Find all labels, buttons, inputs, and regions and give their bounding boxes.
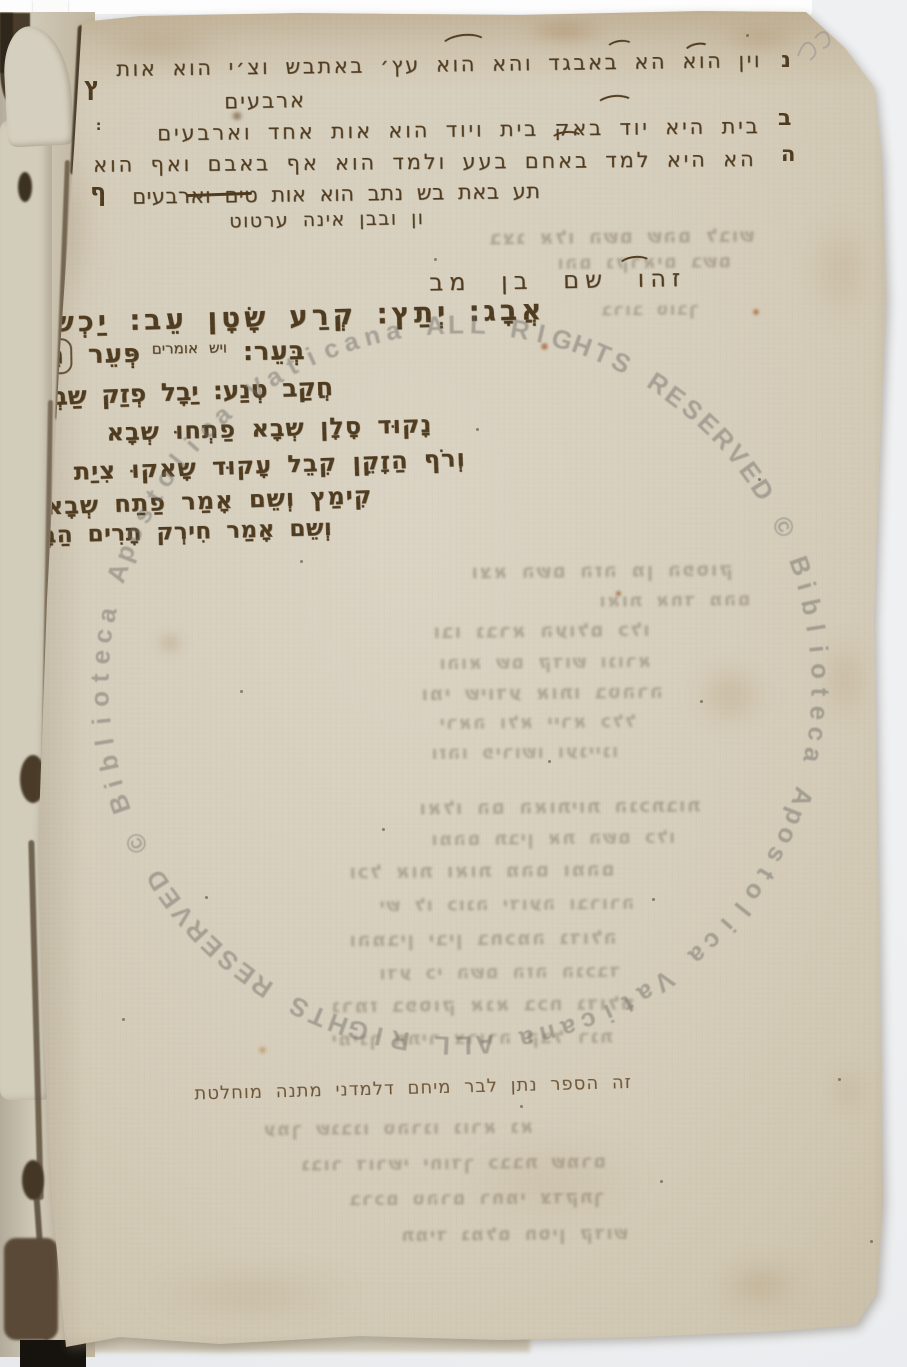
paper-stain [60,20,260,70]
bleedthrough-text-line: ודע כי השם הזה הנכבד [378,961,620,985]
flourish-swash [617,254,653,275]
circled-word: תָקָב [2,338,72,375]
flourish-swash [605,38,635,57]
bleedthrough-text-line: עמך שגבנו טהרנו נורא נא [262,1117,534,1141]
bleedthrough-text-line: והמבין יבין בחכמה גדולה [348,927,617,952]
handwritten-text-line: תע באת בש נתב הוא אות טים וארבעים [132,179,541,209]
bleedthrough-text-line: והוא שם קדוש ונורא [438,651,651,674]
paper-stain [700,1255,820,1315]
page-shadow-wrap: בצג אלו השם שהם לבושוהם נקראים בשםברוב ט… [0,0,907,1367]
paper-speck [382,828,385,831]
watermark-character: L [448,309,464,340]
paper-stain [150,628,190,658]
handwritten-text-line: הא היא למד באחם בעע ולמד הוא אף באבם ואף… [93,147,757,177]
paper-stain [100,1260,400,1330]
watermark-character: o [804,662,836,679]
watermark-character: t [84,673,115,682]
line-filler-dash [186,192,252,197]
text-segment: וְשֵם אָמַר חִירְק תָרִים הַבָּץ׃ [17,515,332,549]
watermark-character: L [469,310,486,342]
watermark-character: L [456,1029,472,1060]
text-segment: ויש אומרים [140,339,226,358]
flourish-swash [595,93,635,115]
bleedthrough-text-line: ואות אחד מהם [598,589,750,612]
paper-stain [613,588,624,599]
watermark-character: o [84,691,116,708]
paper-speck [205,896,208,899]
flourish-swash [439,32,489,61]
text-segment: פְּעֵר [71,339,141,370]
paper-stain [40,100,100,360]
paper-speck [838,1078,841,1081]
bleedthrough-text-line: יראה ולא יירא כלל [438,711,636,734]
text-segment: נָקוּד סָלָן שְבָא פַתְחוּ שְבָא [106,410,433,447]
bleedthrough-text-line: וצא השם הזה מן הפסוק [470,559,733,584]
watermark-character: A [424,310,445,342]
paper-speck [300,560,303,563]
text-segment: וְרֹף הַזָקֵן קִבֵל עָקוּד שָאקוּ צִיַת [73,444,466,486]
text-segment: קִימַץ וְשֵם אָמַר פַתַח שְבָא [45,481,373,520]
colophon-line: זה הספר נתן לבר מיחם דלמדני מתנה מוחלטת [195,1072,633,1104]
bleedthrough-text-line: בצג אלו השם שהם לבוש [488,225,754,250]
margin-letter: ף [90,178,106,206]
bleedthrough-text-line: ואלו הם האותיות הנכתבות [418,795,700,820]
paper-speck [548,760,551,763]
margin-letter: נ [781,48,791,73]
paper-stain [750,306,762,318]
handwritten-text-line: בית היא יוד באק בית ויוד הוא אות אחד ואר… [157,114,761,145]
margin-letter: ב [778,106,791,131]
paper-stain [256,1044,269,1056]
bleedthrough-text-line: ומהם תבין את השם כלו [430,827,675,851]
handwritten-text-line: וין הוא הא באבגד והא הוא עץ׳ באתבש וצ׳י … [116,48,762,81]
paper-stain [806,200,876,340]
paper-speck [434,258,437,261]
manuscript-scan: בצג אלו השם שהם לבושוהם נקראים בשםברוב ט… [0,0,907,1367]
pencil-scribble [793,22,835,68]
watermark-character: e [85,648,117,665]
divine-name-text-line: וְשֵם אָמַר חִירְק תָרִים הַבָּץ׃ [17,515,332,549]
paper-speck [240,690,243,693]
paper-stain [680,650,780,740]
paper-speck [652,898,655,901]
watermark-character: t [804,687,835,696]
bleedthrough-text-line: ברוב טובך [600,299,699,320]
flourish-swash [549,130,584,150]
paper-stain [828,1060,868,1120]
paper-speck [870,1240,873,1243]
heading-line: זהו שם בן מב [429,264,686,296]
bleedthrough-text-line: גבור דורשי יחודך כבבת שמרם [300,1151,606,1175]
margin-letter: ה [781,142,795,166]
paper-speck [122,1018,125,1021]
bleedthrough-text-line: והם נקראים בשם [556,251,731,274]
bleedthrough-text-line: יש לו כונה ידועה וברורה [378,893,634,917]
bleedthrough-text-line: ומי שיודע אותו בטהרה [420,681,663,706]
divine-name-text-line: נָקוּד סָלָן שְבָא פַתְחוּ שְבָא [106,410,433,447]
text-segment: עֲצַב׃ [0,341,2,372]
divine-name-text-line: קִימַץ וְשֵם אָמַר פַתַח שְבָא [45,481,373,520]
watermark-character: e [803,705,835,722]
paper-stain [700,18,820,58]
paper-speck [660,1180,663,1183]
paper-stain [228,108,246,124]
flourish-swash [683,40,711,59]
paper-stain [420,1120,680,1240]
bleedthrough-text-line: וכל אות ואות מהם ומהם [348,859,615,884]
bleedthrough-text-line: ובו נברא העולם כלו [432,619,650,643]
bleedthrough-text-line: ברכם טהרם רחמי צדקתך [348,1187,604,1211]
paper-stain [820,620,870,740]
bleedthrough-text-line: וזהו פירושו ועניינו [430,741,618,764]
margin-letter: ׃ [96,118,101,134]
watermark-character: A [475,1028,496,1060]
paper-speck [520,1105,523,1108]
manuscript-page: בצג אלו השם שהם לבושוהם נקראים בשםברוב ט… [0,0,907,1367]
margin-letter: ץ [84,72,100,100]
paper-speck [746,34,749,37]
watermark-character: L [434,1029,451,1061]
bleedthrough-text-line: תמיד גמלם חסין קדוש [400,1223,628,1246]
divine-name-text-line: וְרֹף הַזָקֵן קִבֵל עָקוּד שָאקוּ צִיַת [73,444,466,486]
handwritten-text-line: ארבעים [224,88,306,113]
paper-speck [700,700,703,703]
paper-stain [505,14,625,48]
paper-speck [476,428,479,431]
handwritten-text-line: ון ובבן אינה ערטוט [229,207,425,232]
